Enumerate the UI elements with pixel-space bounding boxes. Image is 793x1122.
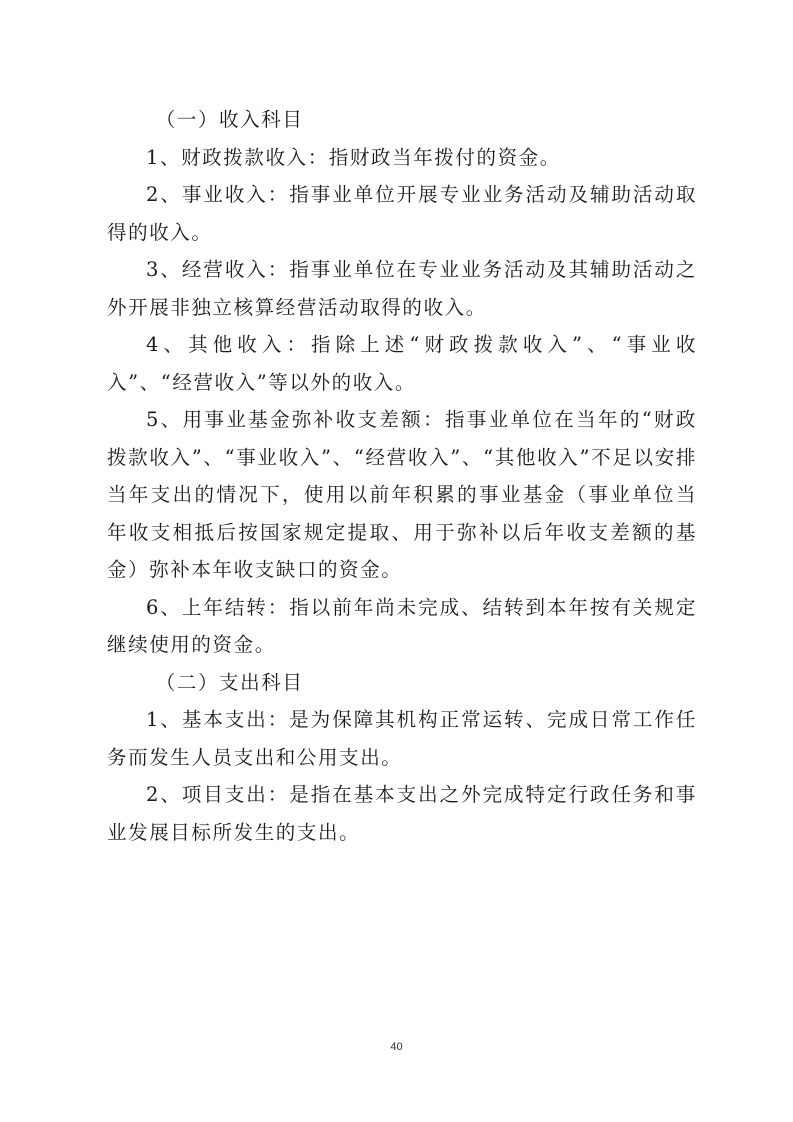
document-page: （一）收入科目 1、财政拨款收入：指财政当年拨付的资金。 2、事业收入：指事业单… — [0, 0, 793, 1122]
paragraph-prior-year-carryover: 6、上年结转：指以前年尚未完成、结转到本年按有关规定继续使用的资金。 — [107, 589, 697, 664]
page-number: 40 — [0, 1041, 793, 1053]
paragraph-business-income: 2、事业收入：指事业单位开展专业业务活动及辅助活动取得的收入。 — [107, 176, 697, 251]
section-heading-income: （一）收入科目 — [107, 101, 697, 139]
paragraph-project-expenditure: 2、项目支出：是指在基本支出之外完成特定行政任务和事业发展目标所发生的支出。 — [107, 776, 697, 851]
document-body: （一）收入科目 1、财政拨款收入：指财政当年拨付的资金。 2、事业收入：指事业单… — [107, 101, 697, 851]
section-heading-expenditure: （二）支出科目 — [107, 664, 697, 702]
paragraph-business-fund-offset: 5、用事业基金弥补收支差额：指事业单位在当年的“财政拨款收入”、“事业收入”、“… — [107, 401, 697, 589]
paragraph-operating-income: 3、经营收入：指事业单位在专业业务活动及其辅助活动之外开展非独立核算经营活动取得… — [107, 251, 697, 326]
paragraph-fiscal-appropriation-income: 1、财政拨款收入：指财政当年拨付的资金。 — [107, 139, 697, 177]
paragraph-basic-expenditure: 1、基本支出：是为保障其机构正常运转、完成日常工作任务而发生人员支出和公用支出。 — [107, 701, 697, 776]
paragraph-other-income: 4、其他收入：指除上述“财政拨款收入”、“事业收入”、“经营收入”等以外的收入。 — [107, 326, 697, 401]
